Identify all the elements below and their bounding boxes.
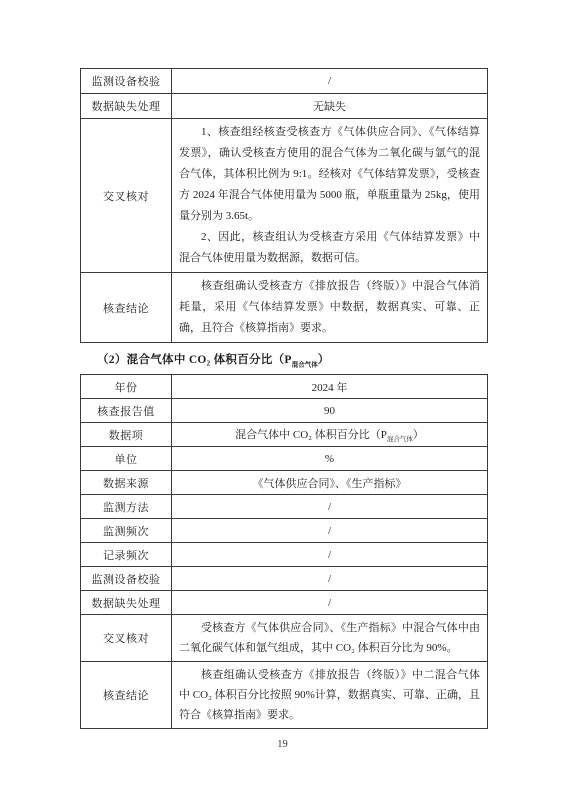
row-value: / bbox=[172, 495, 488, 519]
co2-volume-percentage-table: 年份 2024 年 核查报告值 90 数据项 混合气体中 CO₂ 体积百分比（P… bbox=[80, 374, 488, 729]
row-reported-value: 核查报告值 90 bbox=[81, 399, 488, 423]
row-value: 受核查方《气体供应合同》、《生产指标》中混合气体中由二氧化碳气体和氩气组成，其中… bbox=[172, 615, 488, 662]
row-year: 年份 2024 年 bbox=[81, 375, 488, 399]
row-label: 数据缺失处理 bbox=[81, 591, 172, 615]
row-value: % bbox=[172, 447, 488, 471]
row-value: 核查组确认受核查方《排放报告（终版）》中混合气体消耗量，采用《气体结算发票》中数… bbox=[172, 273, 488, 343]
row-label: 监测设备校验 bbox=[81, 69, 172, 94]
row-value: 《气体供应合同》、《生产指标》 bbox=[172, 471, 488, 495]
conclusion-paragraph: 核查组确认受核查方《排放报告（终版）》中混合气体消耗量，采用《气体结算发票》中数… bbox=[179, 276, 480, 339]
row-unit: 单位 % bbox=[81, 447, 488, 471]
gas-consumption-verification-table: 监测设备校验 / 数据缺失处理 无缺失 交叉核对 1、核查组经核查受核查方《气体… bbox=[80, 68, 488, 343]
conclusion-paragraph: 核查组确认受核查方《排放报告（终版）》中二混合气体中 CO₂ 体积百分比按照 9… bbox=[179, 665, 480, 725]
row-label: 单位 bbox=[81, 447, 172, 471]
data-item-close: ） bbox=[413, 429, 424, 441]
row-value: / bbox=[172, 591, 488, 615]
row-data-source: 数据来源 《气体供应合同》、《生产指标》 bbox=[81, 471, 488, 495]
row-label: 监测频次 bbox=[81, 519, 172, 543]
row-value: 核查组确认受核查方《排放报告（终版）》中二混合气体中 CO₂ 体积百分比按照 9… bbox=[172, 662, 488, 729]
heading-text: （2）混合气体中 CO₂ 体积百分比（P bbox=[97, 354, 292, 366]
row-cross-check: 交叉核对 1、核查组经核查受核查方《气体供应合同》、《气体结算发票》，确认受核查… bbox=[81, 119, 488, 273]
row-label: 核查报告值 bbox=[81, 399, 172, 423]
cross-check-paragraph-1: 1、核查组经核查受核查方《气体供应合同》、《气体结算发票》，确认受核查方使用的混… bbox=[179, 122, 480, 227]
row-verification-conclusion: 核查结论 核查组确认受核查方《排放报告（终版）》中混合气体消耗量，采用《气体结算… bbox=[81, 273, 488, 343]
row-label: 交叉核对 bbox=[81, 615, 172, 662]
row-label: 年份 bbox=[81, 375, 172, 399]
heading-subscript: 混合气体 bbox=[292, 361, 318, 368]
cross-check-paragraph-2: 2、因此，核查组认为受核查方采用《气体结算发票》中混合气体使用量为数据源，数据可… bbox=[179, 227, 480, 269]
row-value: / bbox=[172, 567, 488, 591]
row-value: / bbox=[172, 543, 488, 567]
section-heading: （2）混合气体中 CO₂ 体积百分比（P混合气体） bbox=[80, 351, 488, 368]
row-verification-conclusion: 核查结论 核查组确认受核查方《排放报告（终版）》中二混合气体中 CO₂ 体积百分… bbox=[81, 662, 488, 729]
row-label: 监测方法 bbox=[81, 495, 172, 519]
row-monitoring-method: 监测方法 / bbox=[81, 495, 488, 519]
row-label: 数据来源 bbox=[81, 471, 172, 495]
page-number: 19 bbox=[0, 739, 565, 750]
row-value: 混合气体中 CO₂ 体积百分比（P混合气体） bbox=[172, 423, 488, 447]
row-label: 数据项 bbox=[81, 423, 172, 447]
row-recording-frequency: 记录频次 / bbox=[81, 543, 488, 567]
row-monitoring-equipment-calibration: 监测设备校验 / bbox=[81, 69, 488, 94]
row-label: 监测设备校验 bbox=[81, 567, 172, 591]
cross-check-paragraph: 受核查方《气体供应合同》、《生产指标》中混合气体中由二氧化碳气体和氩气组成，其中… bbox=[179, 618, 480, 658]
row-data-gap-treatment: 数据缺失处理 无缺失 bbox=[81, 94, 488, 119]
heading-close: ） bbox=[318, 354, 330, 366]
row-label: 核查结论 bbox=[81, 273, 172, 343]
row-label: 数据缺失处理 bbox=[81, 94, 172, 119]
row-label: 交叉核对 bbox=[81, 119, 172, 273]
row-label: 记录频次 bbox=[81, 543, 172, 567]
document-page: 监测设备校验 / 数据缺失处理 无缺失 交叉核对 1、核查组经核查受核查方《气体… bbox=[0, 0, 565, 799]
row-value: / bbox=[172, 69, 488, 94]
row-data-item: 数据项 混合气体中 CO₂ 体积百分比（P混合气体） bbox=[81, 423, 488, 447]
row-label: 核查结论 bbox=[81, 662, 172, 729]
row-cross-check: 交叉核对 受核查方《气体供应合同》、《生产指标》中混合气体中由二氧化碳气体和氩气… bbox=[81, 615, 488, 662]
row-value: 90 bbox=[172, 399, 488, 423]
data-item-text: 混合气体中 CO₂ 体积百分比（P bbox=[235, 429, 387, 441]
row-data-gap-treatment: 数据缺失处理 / bbox=[81, 591, 488, 615]
row-monitoring-frequency: 监测频次 / bbox=[81, 519, 488, 543]
row-value: 无缺失 bbox=[172, 94, 488, 119]
row-monitoring-equipment-calibration: 监测设备校验 / bbox=[81, 567, 488, 591]
row-value: 2024 年 bbox=[172, 375, 488, 399]
row-value: / bbox=[172, 519, 488, 543]
data-item-subscript: 混合气体 bbox=[387, 436, 413, 443]
row-value: 1、核查组经核查受核查方《气体供应合同》、《气体结算发票》，确认受核查方使用的混… bbox=[172, 119, 488, 273]
